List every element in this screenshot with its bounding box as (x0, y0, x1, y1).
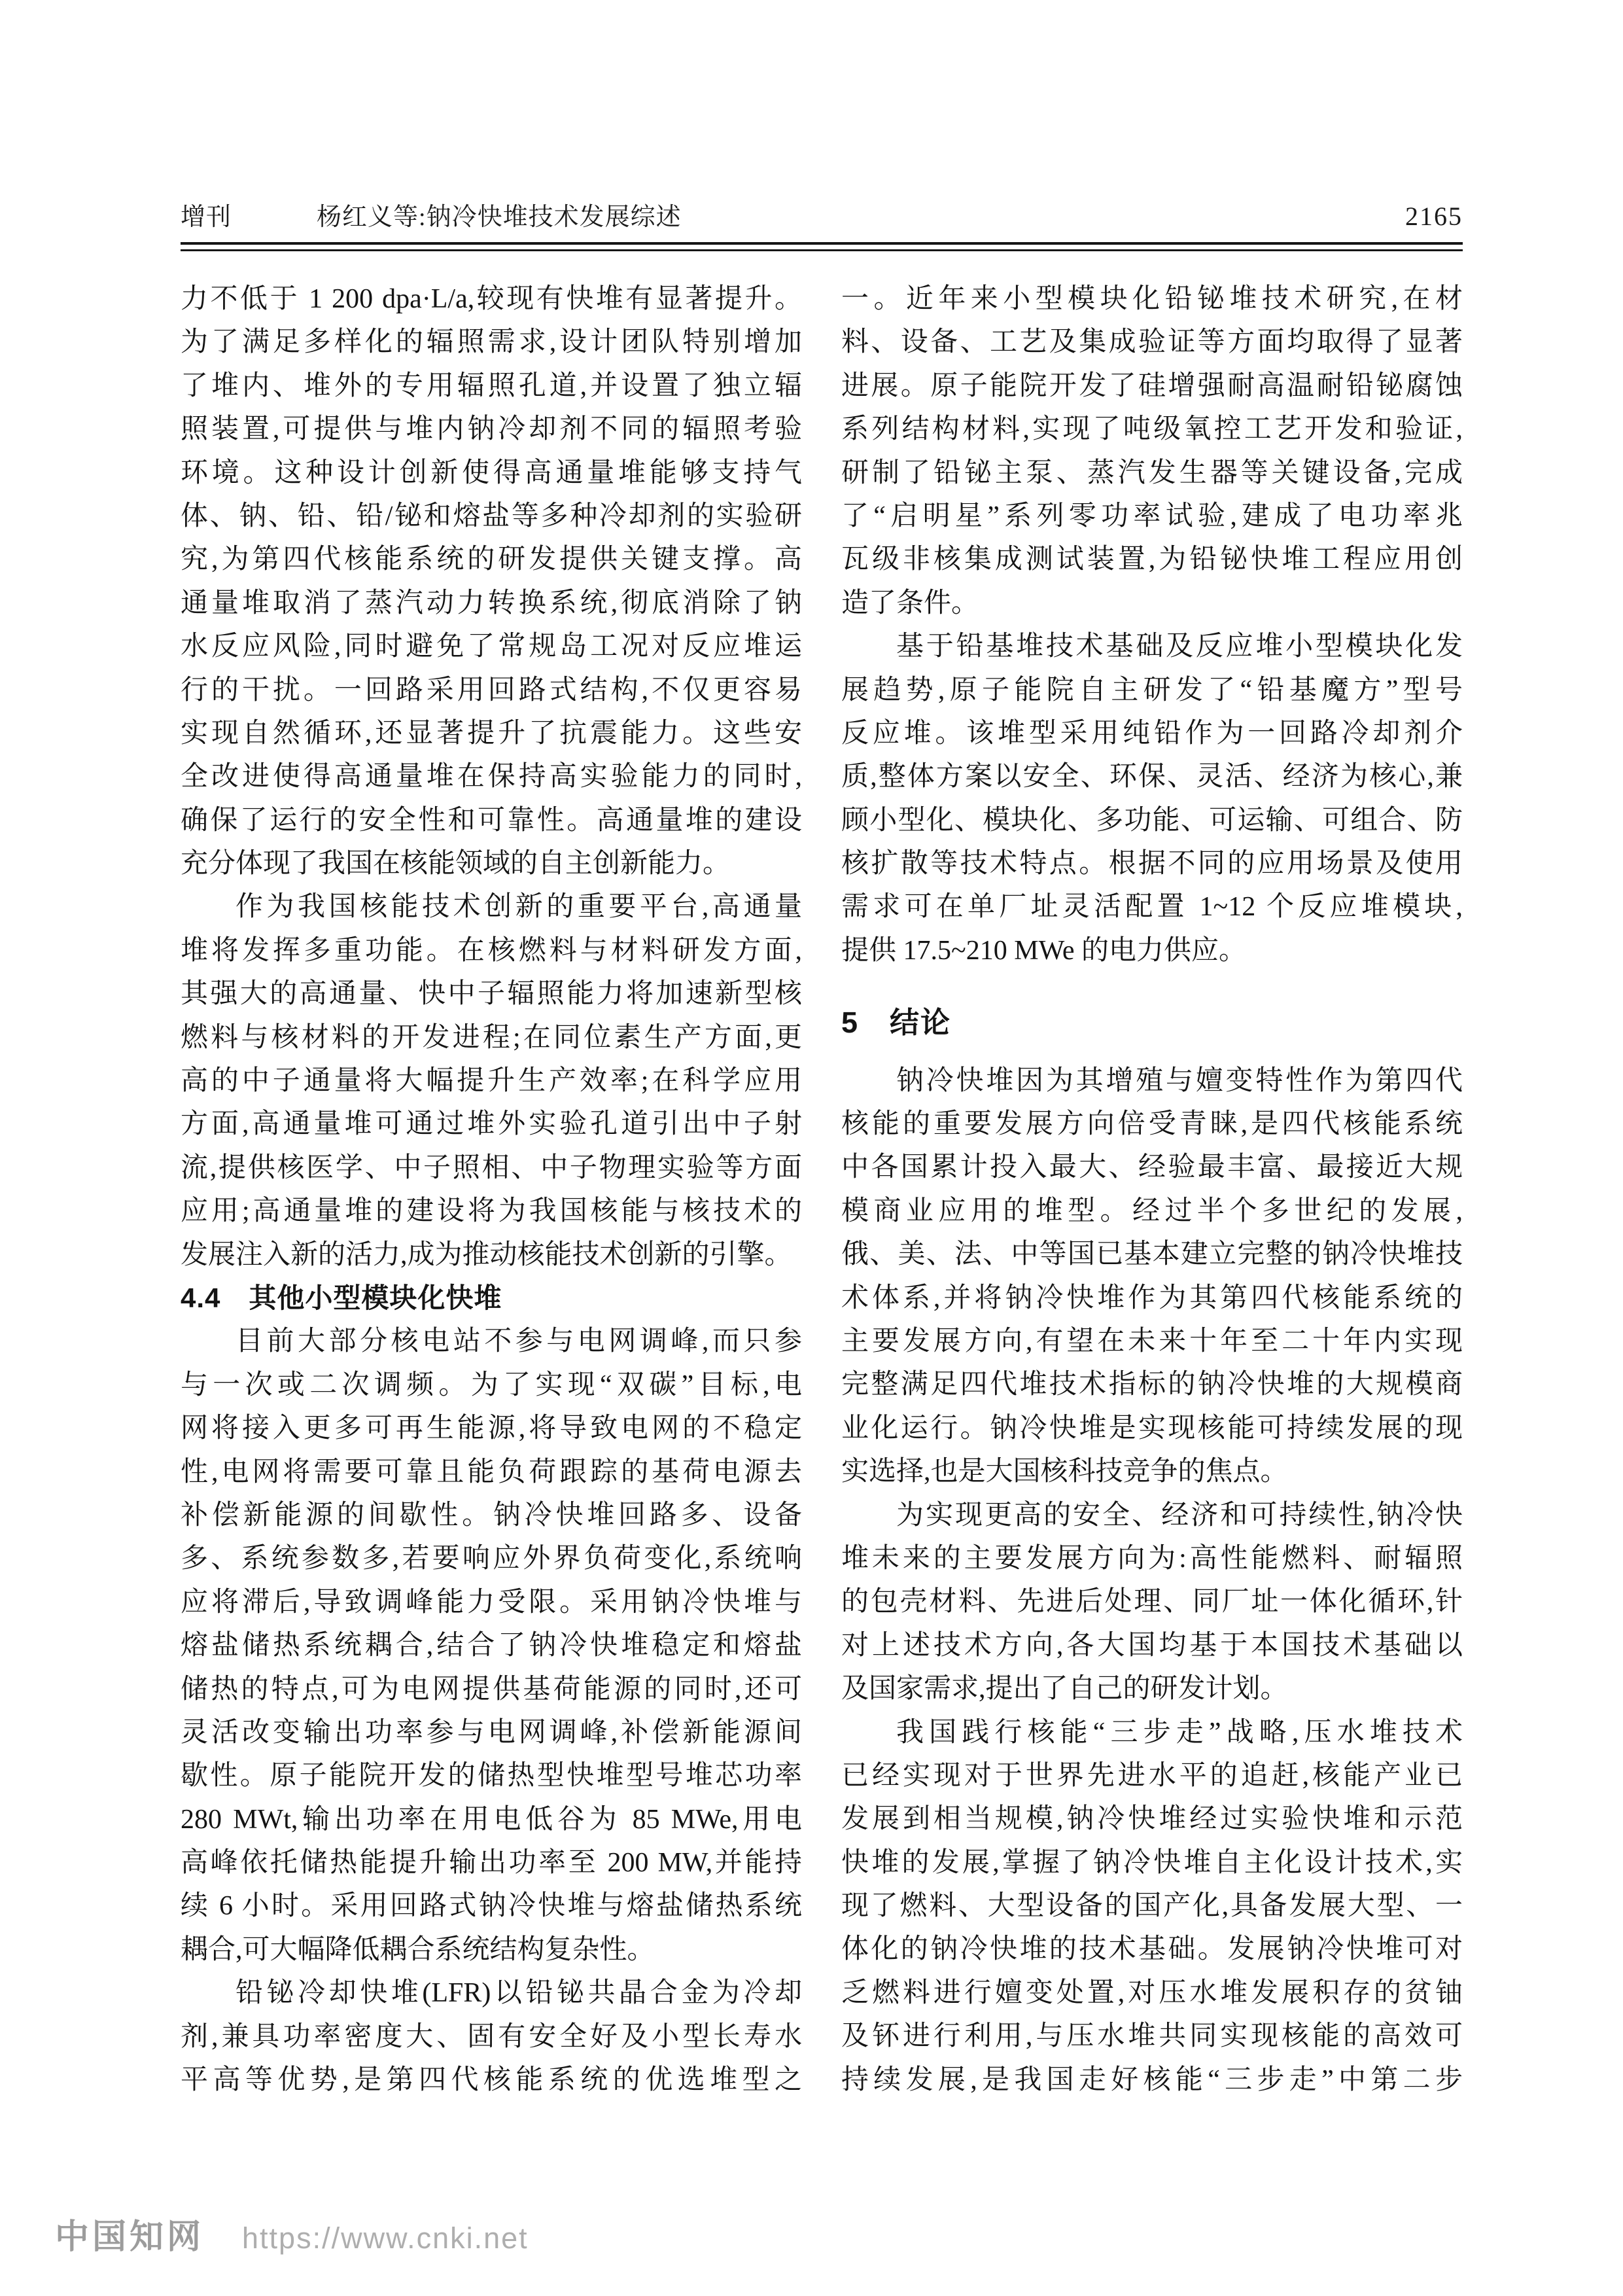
text-line: 模商业应用的堆型。经过半个多世纪的发展, (841, 1190, 1463, 1233)
cnki-watermark: 中国知网 https://www.cnki.net (55, 2209, 529, 2258)
text-line: 确保了运行的安全性和可靠性。高通量堆的建设 (181, 799, 802, 842)
running-head: 增刊 杨红义等:钠冷快堆技术发展综述 2165 (181, 202, 1463, 232)
text-line: 作为我国核能技术创新的重要平台,高通量 (181, 885, 802, 928)
text-line: 的包壳材料、先进后处理、同厂址一体化循环,针 (841, 1580, 1463, 1623)
section-heading: 4.4 其他小型模块化快堆 (181, 1277, 802, 1320)
text-line: 进展。原子能院开发了硅增强耐高温耐铅铋腐蚀 (841, 364, 1463, 408)
text-line: 中各国累计投入最大、经验最丰富、最接近大规 (841, 1146, 1463, 1189)
text-line: 多、系统参数多,若要响应外界负荷变化,系统响 (181, 1537, 802, 1580)
text-line: 核能的重要发展方向倍受青睐,是四代核能系统 (841, 1103, 1463, 1146)
text-line: 发展到相当规模,钠冷快堆经过实验快堆和示范 (841, 1797, 1463, 1841)
text-line: 水反应风险,同时避免了常规岛工况对反应堆运 (181, 625, 802, 668)
text-line: 灵活改变输出功率参与电网调峰,补偿新能源间 (181, 1711, 802, 1754)
text-line: 性,电网将需要可靠且能负荷跟踪的基荷电源去 (181, 1451, 802, 1494)
text-line: 平高等优势,是第四代核能系统的优选堆型之 (181, 2058, 802, 2102)
text-line: 通量堆取消了蒸汽动力转换系统,彻底消除了钠 (181, 582, 802, 625)
text-line: 歇性。原子能院开发的储热型快堆型号堆芯功率 (181, 1754, 802, 1797)
text-line: 行的干扰。一回路采用回路式结构,不仅更容易 (181, 669, 802, 712)
text-line: 应用;高通量堆的建设将为我国核能与核技术的 (181, 1190, 802, 1233)
text-line: 应将滞后,导致调峰能力受限。采用钠冷快堆与 (181, 1581, 802, 1624)
text-line: 力不低于 1 200 dpa·L/a,较现有快堆有显著提升。 (181, 277, 802, 321)
text-line: 现了燃料、大型设备的国产化,具备发展大型、一 (841, 1884, 1463, 1928)
header-rule-bottom (181, 249, 1463, 251)
text-line: 补偿新能源的间歇性。钠冷快堆回路多、设备 (181, 1494, 802, 1537)
column-left: 力不低于 1 200 dpa·L/a,较现有快堆有显著提升。为了满足多样化的辐照… (181, 277, 802, 2102)
text-line: 俄、美、法、中等国已基本建立完整的钠冷快堆技 (841, 1233, 1463, 1276)
text-line: 流,提供核医学、中子照相、中子物理实验等方面 (181, 1146, 802, 1190)
text-line: 我国践行核能“三步走”战略,压水堆技术 (841, 1711, 1463, 1754)
header-rule-top (181, 242, 1463, 245)
text-line: 与一次或二次调频。为了实现“双碳”目标,电 (181, 1364, 802, 1407)
text-line: 剂,兼具功率密度大、固有安全好及小型长寿水 (181, 2015, 802, 2058)
text-line: 全改进使得高通量堆在保持高实验能力的同时, (181, 755, 802, 798)
text-line: 照装置,可提供与堆内钠冷却剂不同的辐照考验 (181, 408, 802, 451)
text-line: 乏燃料进行嬗变处置,对压水堆发展积存的贫铀 (841, 1971, 1463, 2015)
journal-page: 增刊 杨红义等:钠冷快堆技术发展综述 2165 力不低于 1 200 dpa·L… (0, 0, 1623, 2296)
section-heading: 5 结论 (841, 1001, 1463, 1044)
text-line: 反应堆。该堆型采用纯铅作为一回路冷却剂介 (841, 712, 1463, 755)
text-line: 料、设备、工艺及集成验证等方面均取得了显著 (841, 321, 1463, 364)
text-line: 了“启明星”系列零功率试验,建成了电功率兆 (841, 495, 1463, 538)
text-line: 造了条件。 (841, 582, 1463, 625)
text-line: 网将接入更多可再生能源,将导致电网的不稳定 (181, 1407, 802, 1450)
text-line: 目前大部分核电站不参与电网调峰,而只参 (181, 1320, 802, 1363)
column-right: 一。近年来小型模块化铅铋堆技术研究,在材料、设备、工艺及集成验证等方面均取得了显… (841, 277, 1463, 2102)
text-line: 究,为第四代核能系统的研发提供关键支撑。高 (181, 538, 802, 581)
text-line: 已经实现对于世界先进水平的追赶,核能产业已 (841, 1754, 1463, 1797)
text-line: 主要发展方向,有望在未来十年至二十年内实现 (841, 1320, 1463, 1363)
text-line: 方面,高通量堆可通过堆外实验孔道引出中子射 (181, 1103, 802, 1146)
text-line: 高的中子通量将大幅提升生产效率;在科学应用 (181, 1059, 802, 1103)
text-line: 续 6 小时。采用回路式钠冷快堆与熔盐储热系统 (181, 1884, 802, 1928)
text-line: 提供 17.5~210 MWe 的电力供应。 (841, 929, 1463, 972)
text-line: 280 MWt,输出功率在用电低谷为 85 MWe,用电 (181, 1798, 802, 1841)
text-line: 铅铋冷却快堆(LFR)以铅铋共晶合金为冷却 (181, 1971, 802, 2015)
running-title: 杨红义等:钠冷快堆技术发展综述 (317, 202, 682, 232)
cnki-logo: 中国知网 (55, 2209, 204, 2258)
page-number: 2165 (1405, 202, 1463, 232)
text-line: 核扩散等技术特点。根据不同的应用场景及使用 (841, 842, 1463, 885)
text-line: 为了满足多样化的辐照需求,设计团队特别增加 (181, 321, 802, 364)
text-line: 熔盐储热系统耦合,结合了钠冷快堆稳定和熔盐 (181, 1624, 802, 1667)
text-line: 了堆内、堆外的专用辐照孔道,并设置了独立辐 (181, 364, 802, 408)
text-line: 及钚进行利用,与压水堆共同实现核能的高效可 (841, 2015, 1463, 2058)
text-line: 环境。这种设计创新使得高通量堆能够支持气 (181, 451, 802, 495)
text-line: 展趋势,原子能院自主研发了“铅基魔方”型号 (841, 669, 1463, 712)
text-line: 充分体现了我国在核能领域的自主创新能力。 (181, 842, 802, 885)
text-line: 堆未来的主要发展方向为:高性能燃料、耐辐照 (841, 1537, 1463, 1580)
text-line: 体、钠、铅、铅/铋和熔盐等多种冷却剂的实验研 (181, 495, 802, 538)
text-line: 持续发展,是我国走好核能“三步走”中第二步 (841, 2058, 1463, 2102)
text-line: 实现自然循环,还显著提升了抗震能力。这些安 (181, 712, 802, 755)
text-line: 对上述技术方向,各大国均基于本国技术基础以 (841, 1624, 1463, 1667)
text-line: 实选择,也是大国核科技竞争的焦点。 (841, 1450, 1463, 1493)
text-line: 研制了铅铋主泵、蒸汽发生器等关键设备,完成 (841, 451, 1463, 495)
text-line: 系列结构材料,实现了吨级氧控工艺开发和验证, (841, 408, 1463, 451)
text-line: 钠冷快堆因为其增殖与嬗变特性作为第四代 (841, 1059, 1463, 1103)
text-line: 质,整体方案以安全、环保、灵活、经济为核心,兼 (841, 755, 1463, 798)
text-line: 顾小型化、模块化、多功能、可运输、可组合、防 (841, 799, 1463, 842)
text-line: 完整满足四代堆技术指标的钠冷快堆的大规模商 (841, 1363, 1463, 1406)
text-line: 储热的特点,可为电网提供基荷能源的同时,还可 (181, 1668, 802, 1711)
text-line: 体化的钠冷快堆的技术基础。发展钠冷快堆可对 (841, 1928, 1463, 1971)
text-line: 为实现更高的安全、经济和可持续性,钠冷快 (841, 1494, 1463, 1537)
text-line: 发展注入新的活力,成为推动核能技术创新的引擎。 (181, 1233, 802, 1277)
journal-supplement-label: 增刊 (181, 202, 232, 232)
text-line: 瓦级非核集成测试装置,为铅铋快堆工程应用创 (841, 538, 1463, 581)
text-line: 堆将发挥多重功能。在核燃料与材料研发方面, (181, 929, 802, 972)
text-line: 及国家需求,提出了自己的研发计划。 (841, 1667, 1463, 1710)
text-line: 基于铅基堆技术基础及反应堆小型模块化发 (841, 625, 1463, 668)
text-line: 快堆的发展,掌握了钠冷快堆自主化设计技术,实 (841, 1841, 1463, 1884)
text-line: 燃料与核材料的开发进程;在同位素生产方面,更 (181, 1016, 802, 1059)
text-line: 其强大的高通量、快中子辐照能力将加速新型核 (181, 972, 802, 1016)
cnki-url: https://www.cnki.net (242, 2221, 529, 2255)
text-line: 高峰依托储热能提升输出功率至 200 MW,并能持 (181, 1841, 802, 1884)
text-line: 耦合,可大幅降低耦合系统结构复杂性。 (181, 1928, 802, 1971)
text-line: 一。近年来小型模块化铅铋堆技术研究,在材 (841, 277, 1463, 321)
text-line: 术体系,并将钠冷快堆作为其第四代核能系统的 (841, 1277, 1463, 1320)
text-line: 需求可在单厂址灵活配置 1~12 个反应堆模块, (841, 885, 1463, 928)
text-line: 业化运行。钠冷快堆是实现核能可持续发展的现 (841, 1407, 1463, 1450)
